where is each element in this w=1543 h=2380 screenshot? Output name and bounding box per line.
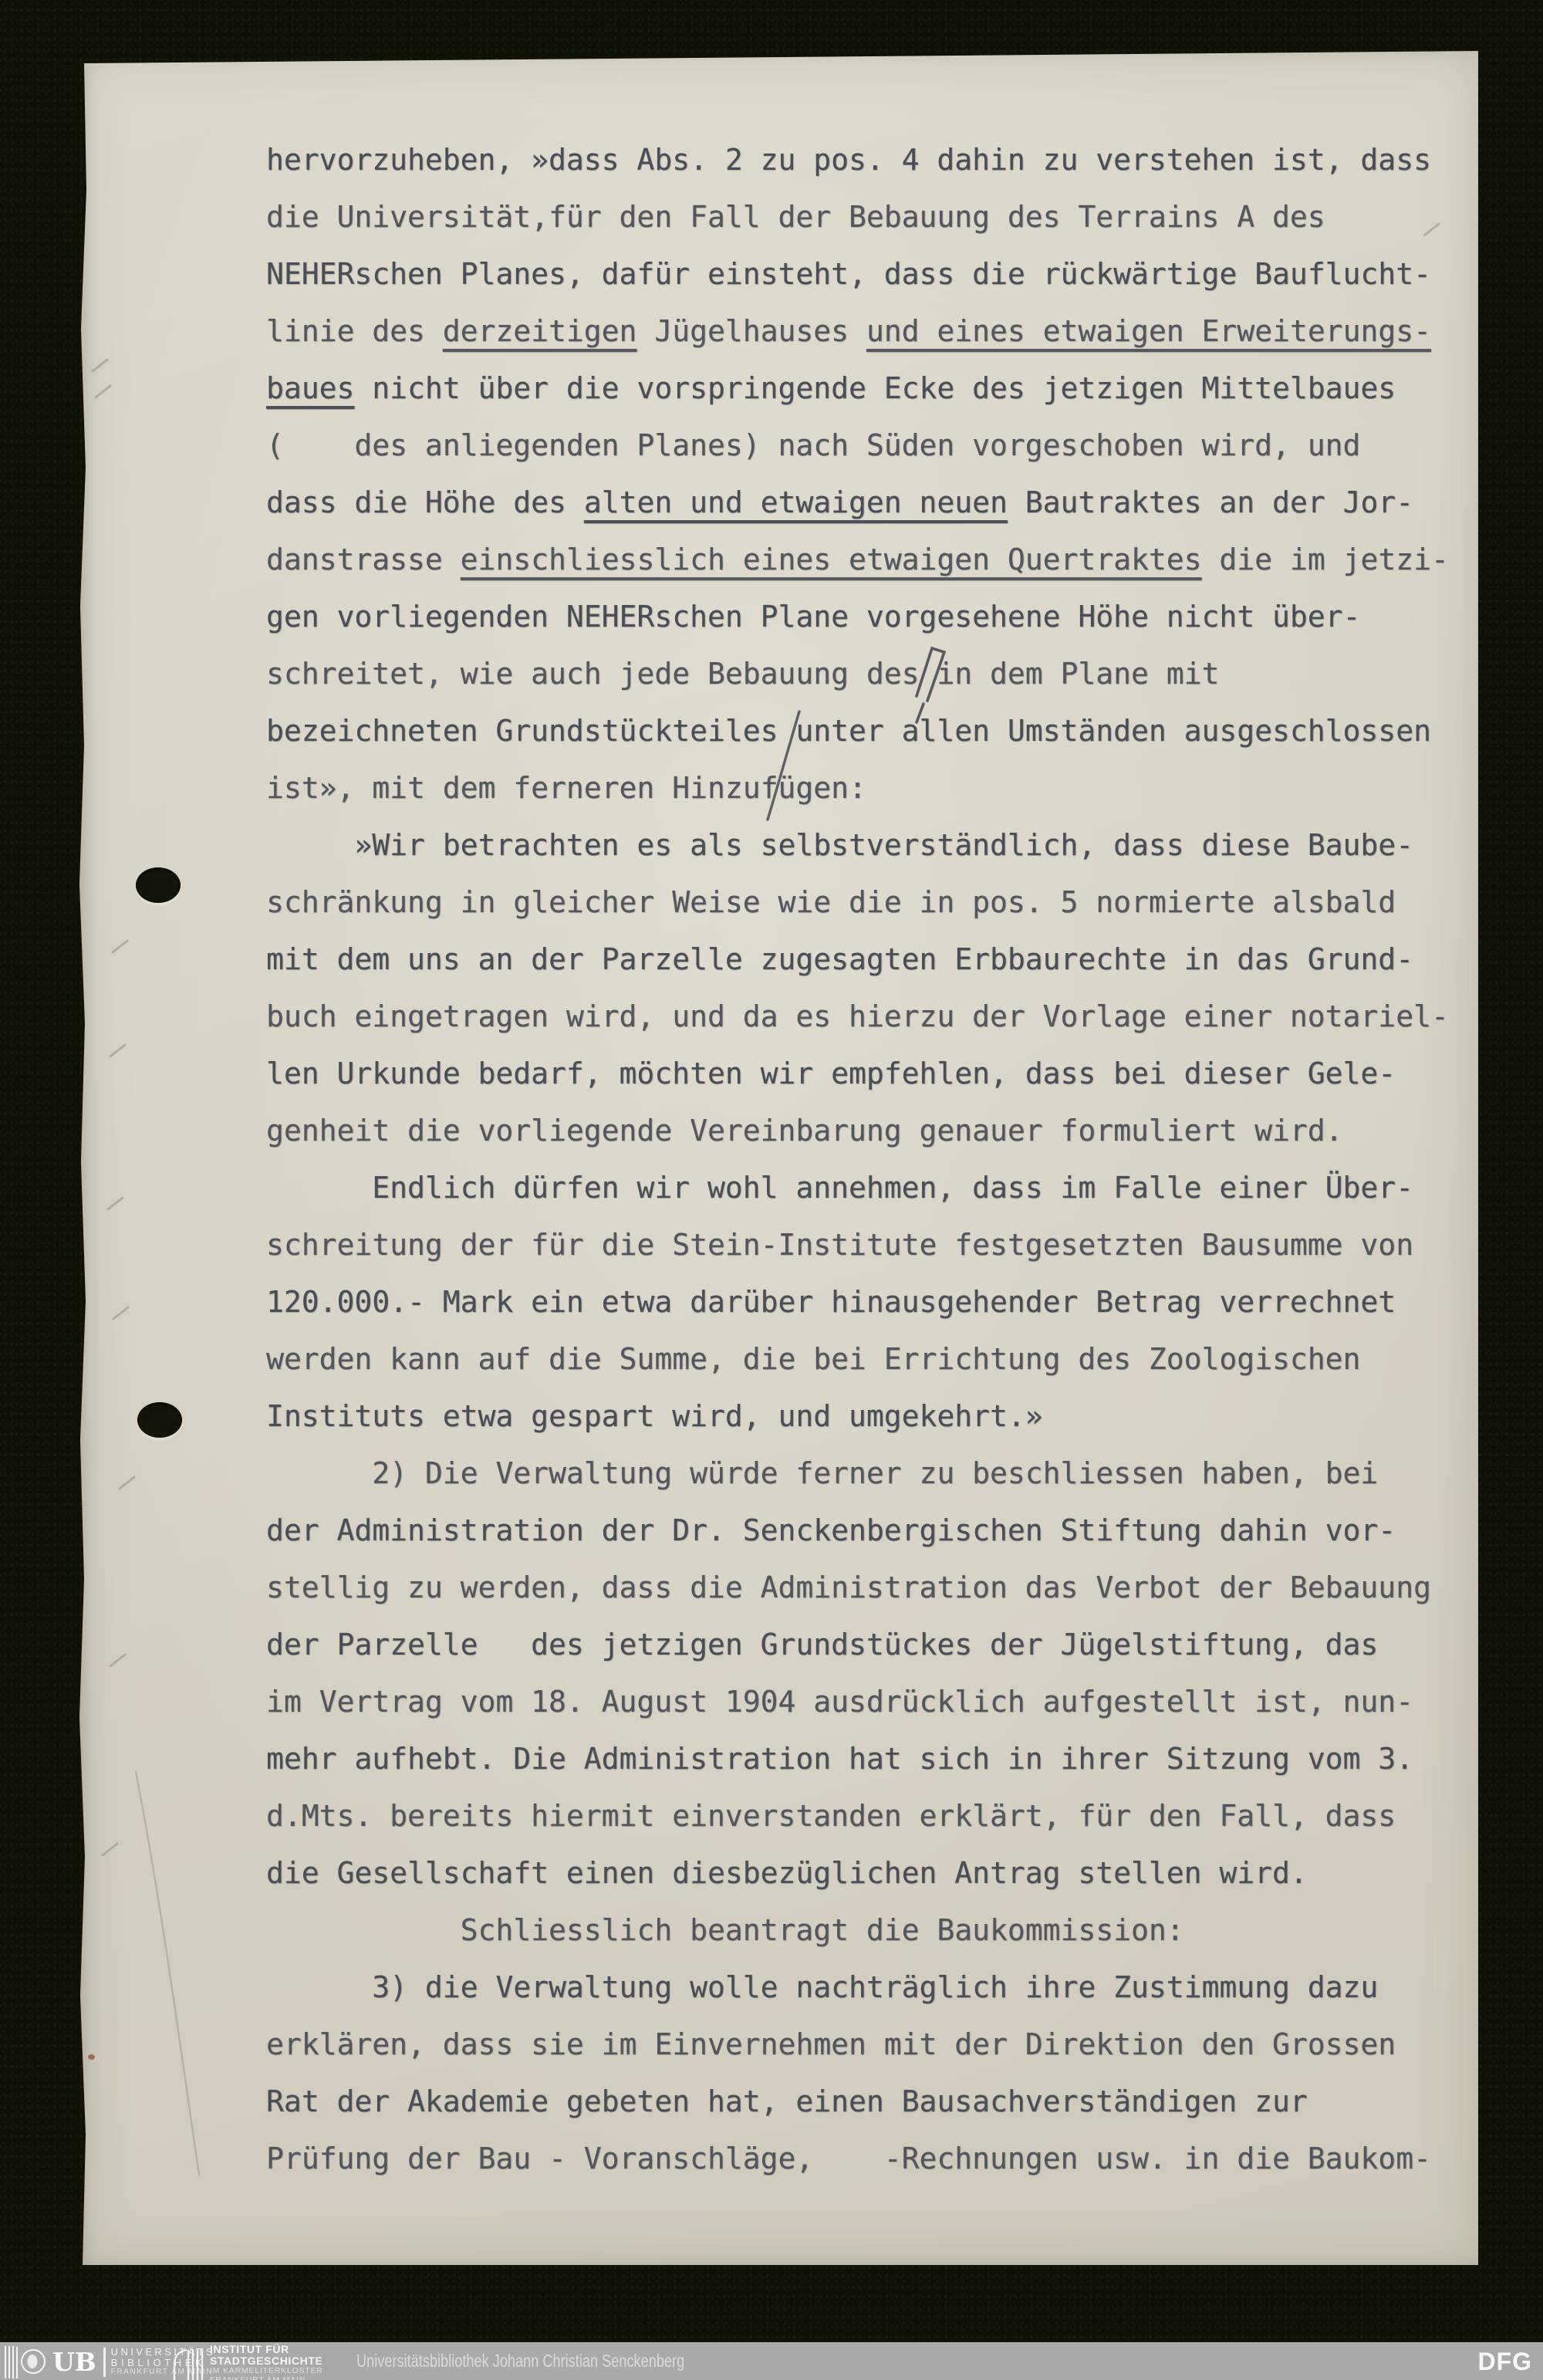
handwritten-insertion-mark [917,648,944,722]
institut-line-4: FRANKFURT AM MAIN [210,2376,323,2380]
institut-stadtgeschichte-logo: INSTITUT FÜR STADTGESCHICHTE IM KARMELIT… [171,2344,323,2380]
dfg-logo: DFG [1477,2348,1532,2376]
ub-abbr: UB [52,2349,96,2375]
paper-crease-line [136,1772,199,2175]
institut-line-2: STADTGESCHICHTE [210,2355,323,2367]
institut-line-1: INSTITUT FÜR [210,2344,323,2355]
institut-logo-icon [171,2346,204,2380]
institut-logo-text: INSTITUT FÜR STADTGESCHICHTE IM KARMELIT… [210,2344,323,2380]
logo-divider [103,2348,106,2377]
footer-bar: UB UNIVERSITÄTS BIBLIOTHEK FRANKFURT AM … [0,2342,1543,2380]
ub-logo-icon [4,2345,47,2379]
handwriting-overlay [0,0,1543,2380]
handwritten-slash-mark [768,712,799,820]
scan-page: { "document": { "lines": [ {"segments":[… [0,0,1543,2380]
institut-line-3: IM KARMELITERKLOSTER [210,2367,323,2375]
library-credit-text: Universitätsbibliothek Johann Christian … [356,2351,684,2372]
